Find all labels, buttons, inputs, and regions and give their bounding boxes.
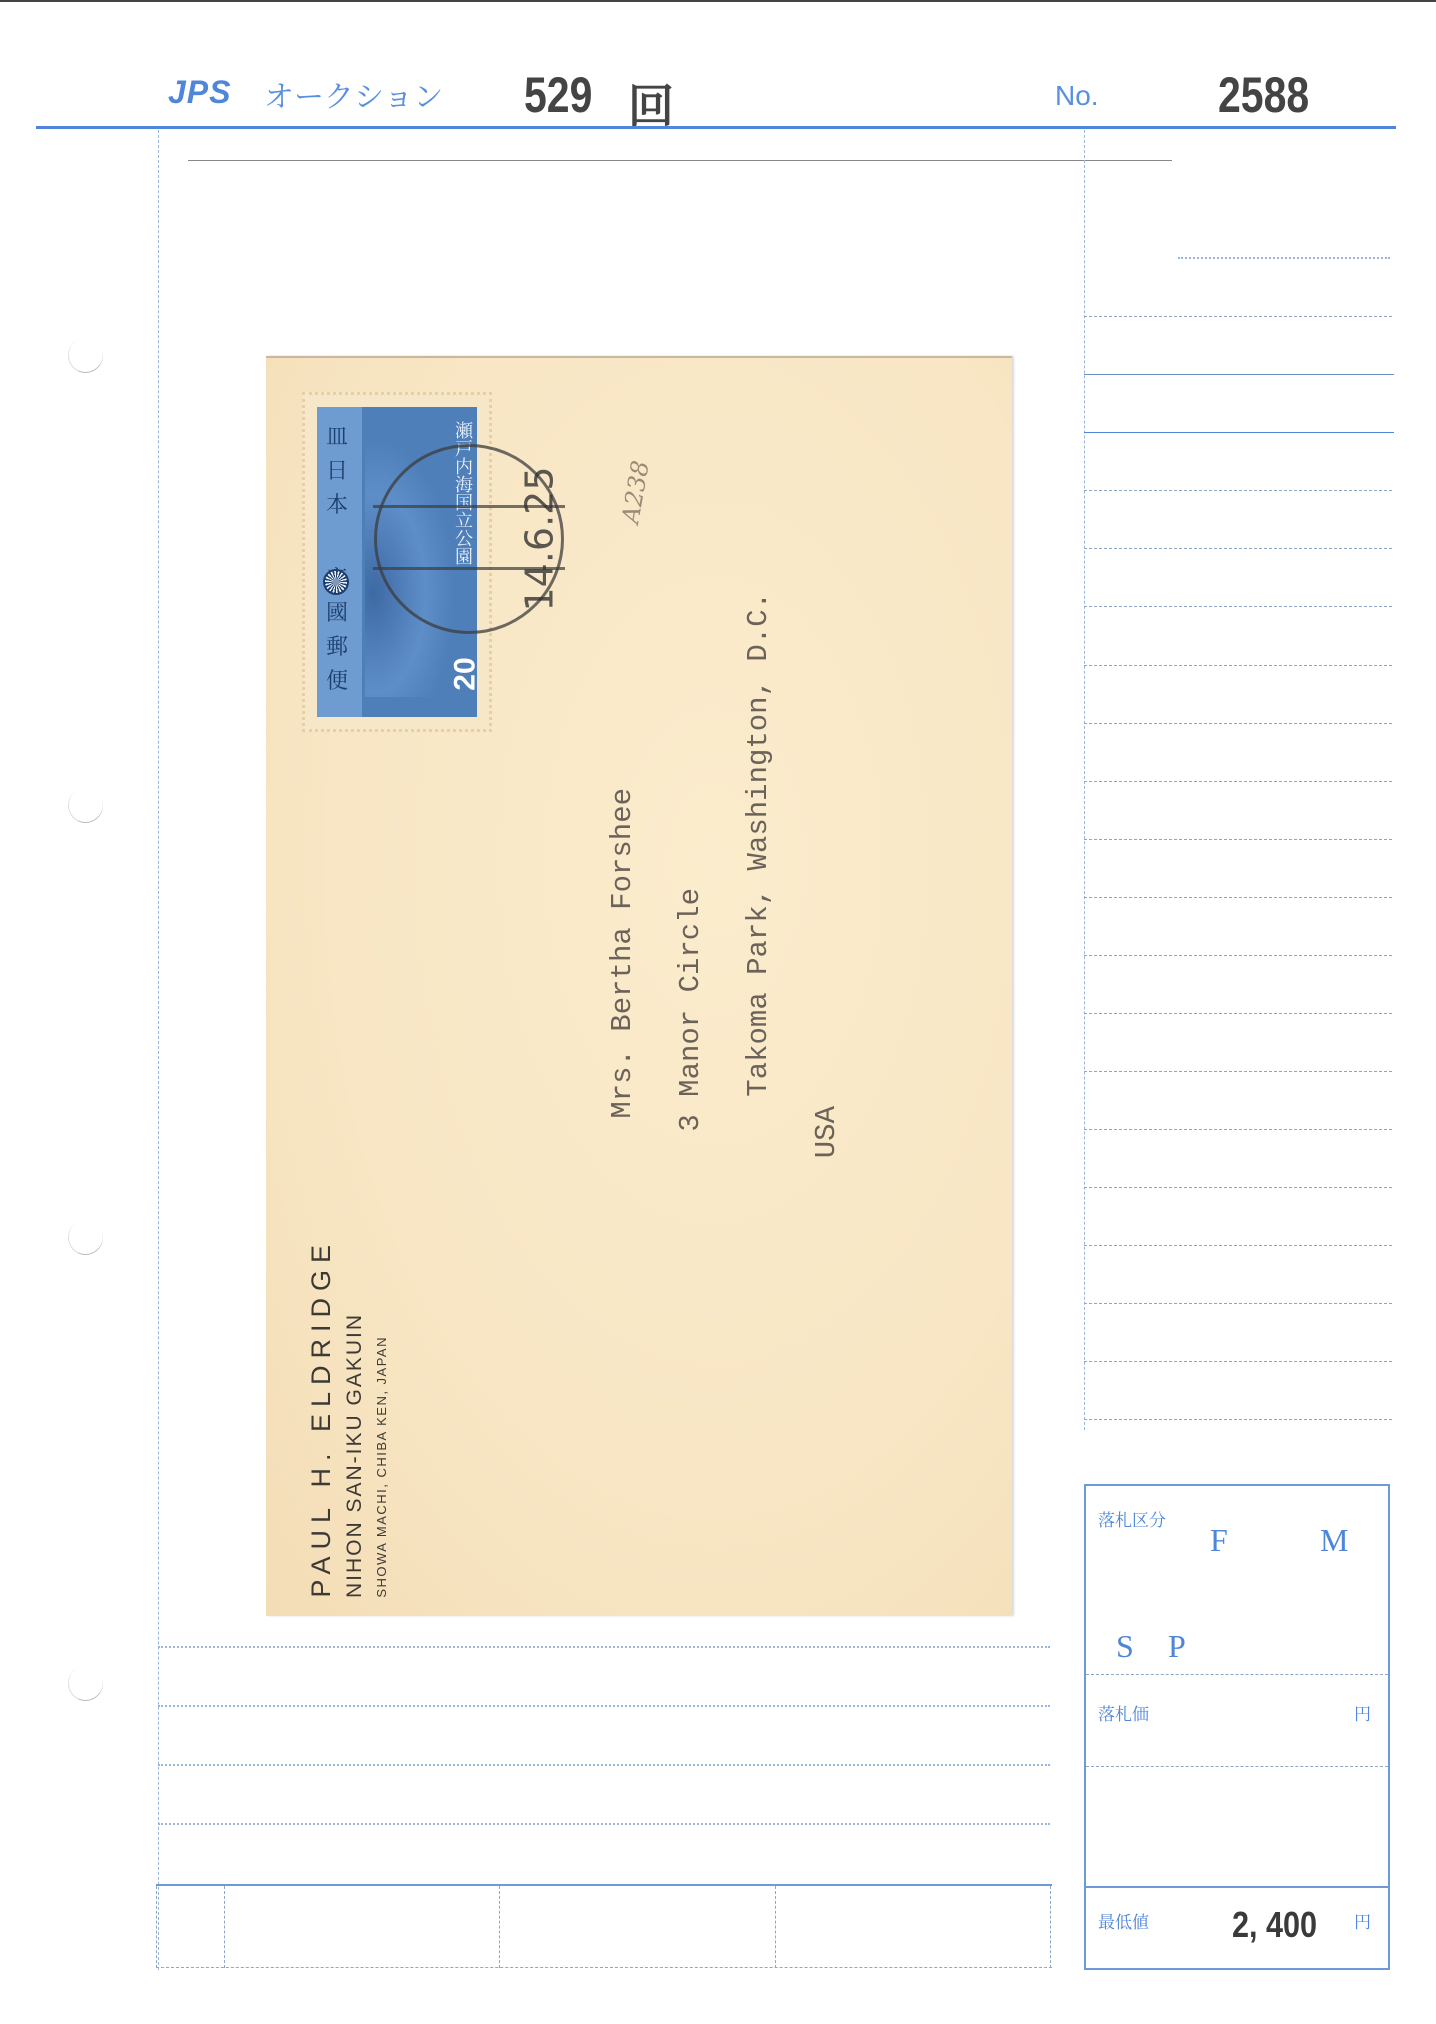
ruled-line (1084, 839, 1392, 840)
envelope-cover: 皿 日 本 帝 國 郵 便 瀬戸内海国立公園 20 14.6.25 A238 M… (266, 356, 1012, 1616)
yen-unit: 円 (1354, 1700, 1371, 1725)
stamp-country-text: 皿 日 本 帝 國 郵 便 (323, 421, 351, 699)
ruled-line (1084, 781, 1392, 782)
ruled-line (1084, 548, 1392, 549)
session-number: 529 (524, 66, 592, 124)
brand-logo: JPS (168, 74, 231, 111)
right-column-guide (1084, 130, 1085, 1430)
grade-s[interactable]: S (1116, 1628, 1134, 1665)
chrysanthemum-crest-icon (323, 569, 349, 595)
table-cell (775, 1886, 776, 1968)
recipient-line-3: Takoma Park, Washington, D.C. (742, 592, 775, 1097)
ruled-line (158, 1705, 1050, 1707)
winning-price-label: 落札価 (1098, 1700, 1149, 1725)
sender-name: PAUL H. ELDRIDGE (306, 1238, 337, 1598)
bid-category-label: 落札区分 (1098, 1506, 1166, 1531)
pencil-annotation: A238 (616, 458, 655, 525)
sender-address: SHOWA MACHI, CHIBA KEN, JAPAN (374, 1336, 389, 1598)
grade-m[interactable]: M (1320, 1522, 1348, 1559)
table-cell (499, 1886, 500, 1968)
ruled-line (1084, 316, 1392, 317)
ruled-line (1084, 1419, 1392, 1420)
ruled-line (1084, 1361, 1392, 1362)
ruled-line (1084, 723, 1392, 724)
lot-number: 2588 (1218, 66, 1309, 124)
ruled-line (1084, 490, 1392, 491)
sub-rule (188, 160, 1172, 161)
binder-hole (63, 1661, 108, 1706)
table-cell (156, 1886, 157, 1968)
panel-divider (1086, 1766, 1388, 1767)
winning-price-field[interactable] (1186, 1694, 1336, 1724)
stamp-denomination: 20 (449, 657, 483, 690)
ruled-line (1084, 1071, 1392, 1072)
panel-divider (1086, 1674, 1388, 1675)
ruled-line (158, 1646, 1050, 1648)
recipient-line-4: USA (810, 1106, 843, 1158)
bottom-table (156, 1884, 1052, 1968)
lot-label: No. (1055, 80, 1099, 112)
binder-hole (63, 1215, 108, 1260)
panel-divider-solid (1086, 1886, 1388, 1888)
scan-top-edge (0, 0, 1436, 2)
binder-hole (63, 783, 108, 828)
yen-unit: 円 (1354, 1908, 1371, 1933)
minimum-price-label: 最低値 (1098, 1908, 1149, 1933)
ruled-line (1178, 257, 1390, 259)
table-cell (224, 1886, 225, 1968)
ruled-line-solid (1084, 432, 1394, 433)
ruled-line (1084, 1129, 1392, 1130)
recipient-line-2: 3 Manor Circle (674, 888, 707, 1132)
table-cell (1050, 1886, 1051, 1968)
left-margin-guide (158, 130, 159, 1970)
sender-organization: NIHON SAN-IKU GAKUIN (343, 1313, 367, 1598)
bid-panel: 落札区分 F M S P 落札価 円 最低値 2, 400 円 (1084, 1484, 1390, 1970)
ruled-line (1084, 1303, 1392, 1304)
postmark-date: 14.6.25 (518, 466, 562, 611)
ruled-line (1084, 665, 1392, 666)
ruled-line (1084, 1245, 1392, 1246)
ruled-line (1084, 955, 1392, 956)
postmark-cancel: 14.6.25 (374, 444, 564, 634)
ruled-line (158, 1823, 1050, 1825)
brand-subtitle: オークション (264, 72, 443, 116)
grade-p[interactable]: P (1168, 1628, 1186, 1665)
recipient-line-1: Mrs. Bertha Forshee (606, 788, 639, 1119)
ruled-line (1084, 1187, 1392, 1188)
grade-f[interactable]: F (1210, 1522, 1228, 1559)
ruled-line (1084, 606, 1392, 607)
ruled-line (158, 1764, 1050, 1766)
ruled-line-solid (1084, 374, 1394, 375)
ruled-line (1084, 1013, 1392, 1014)
minimum-price-value: 2, 400 (1232, 1904, 1317, 1946)
ruled-line (1084, 897, 1392, 898)
header-rule (36, 126, 1396, 129)
binder-hole (63, 333, 108, 378)
